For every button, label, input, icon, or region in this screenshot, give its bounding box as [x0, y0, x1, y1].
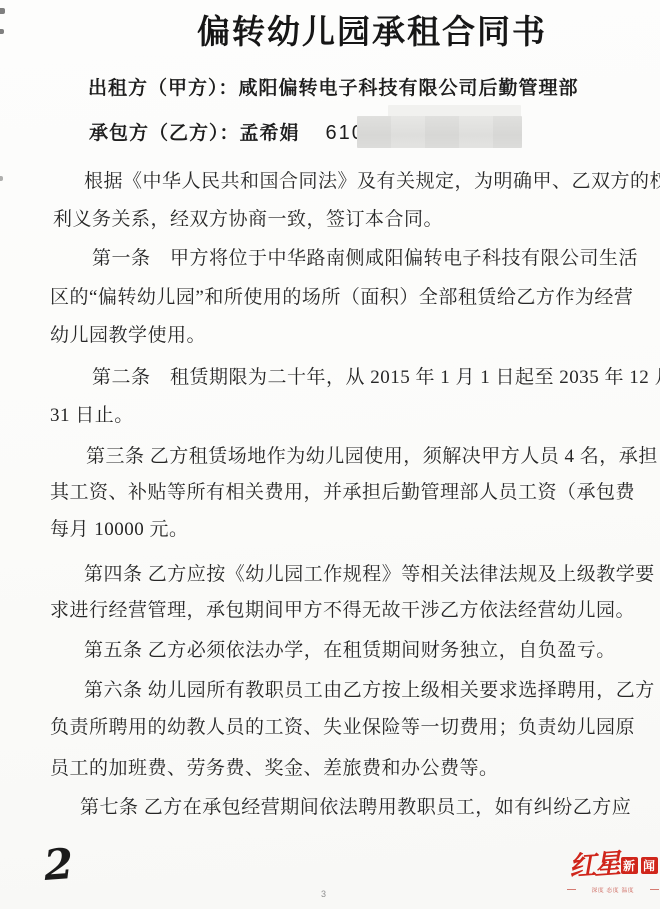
tagline-dash-left — [567, 889, 576, 890]
contract-line: 第四条 乙方应按《幼儿园工作规程》等相关法律法规及上级教学要 — [84, 563, 655, 587]
contract-line: 利义务关系，经双方协商一致，签订本合同。 — [53, 208, 443, 232]
watermark-tagline: 深度 态度 温度 — [592, 885, 635, 894]
scan-artifact-speck — [0, 8, 5, 14]
contract-line: 第七条 乙方在承包经营期间依法聘用教职员工，如有纠纷乙方应 — [80, 796, 631, 820]
lessor-party-line: 出租方（甲方）：咸阳偏转电子科技有限公司后勤管理部 — [88, 73, 579, 100]
redaction-blur-box — [357, 116, 522, 148]
contract-line: 第五条 乙方必须依法办学，在租赁期间财务独立，自负盈亏。 — [84, 639, 616, 663]
handwritten-page-number: 2 — [42, 839, 75, 890]
scan-artifact-speck — [0, 176, 3, 181]
contract-line: 负责所聘用的幼教人员的工资、失业保险等一切费用；负责幼儿园原 — [50, 716, 635, 740]
red-star-news-logo-row: 红星 新 闻 — [569, 850, 658, 880]
news-block-icon: 闻 — [641, 857, 658, 874]
contract-line: 求进行经营管理，承包期间甲方不得无故干涉乙方依法经营幼儿园。 — [50, 599, 635, 623]
contract-line: 第二条 租赁期限为二十年，从 2015 年 1 月 1 日起至 2035 年 1… — [92, 366, 660, 390]
contract-line: 其工资、补贴等所有相关费用，并承担后勤管理部人员工资（承包费 — [50, 481, 635, 505]
red-star-script-icon: 红星 — [568, 848, 620, 881]
contract-line: 第六条 幼儿园所有教职员工由乙方按上级相关要求选择聘用，乙方 — [84, 679, 655, 703]
document-title: 偏转幼儿园承租合同书 — [197, 6, 547, 53]
contract-line: 幼儿园教学使用。 — [50, 324, 206, 348]
contract-line: 区的“偏转幼儿园”和所使用的场所（面积）全部租赁给乙方作为经营 — [50, 286, 633, 310]
scan-artifact-speck — [0, 29, 4, 34]
contract-line: 31 日止。 — [50, 404, 134, 428]
tagline-dash-right — [650, 889, 659, 890]
news-block-icon: 新 — [621, 857, 638, 874]
contract-line: 根据《中华人民共和国合同法》及有关规定，为明确甲、乙双方的权 — [84, 170, 660, 194]
contract-line: 第三条 乙方租赁场地作为幼儿园使用，须解决甲方人员 4 名，承担 — [86, 445, 658, 469]
scan-page-number: 3 — [321, 889, 326, 899]
contract-document-photo: 偏转幼儿园承租合同书 出租方（甲方）：咸阳偏转电子科技有限公司后勤管理部 承包方… — [0, 0, 660, 909]
lessee-party-line: 承包方（乙方）：孟希娟6104 — [89, 118, 378, 145]
contract-line: 员工的加班费、劳务费、奖金、差旅费和办公费等。 — [50, 757, 499, 781]
contract-line: 每月 10000 元。 — [50, 518, 189, 542]
contract-line: 第一条 甲方将位于中华路南侧咸阳偏转电子科技有限公司生活 — [92, 247, 638, 271]
lessee-name-label: 承包方（乙方）：孟希娟 — [89, 123, 300, 144]
watermark-tagline-row: 深度 态度 温度 — [567, 882, 659, 897]
red-star-news-watermark: 红星 新 闻 深度 态度 温度 — [567, 850, 659, 897]
